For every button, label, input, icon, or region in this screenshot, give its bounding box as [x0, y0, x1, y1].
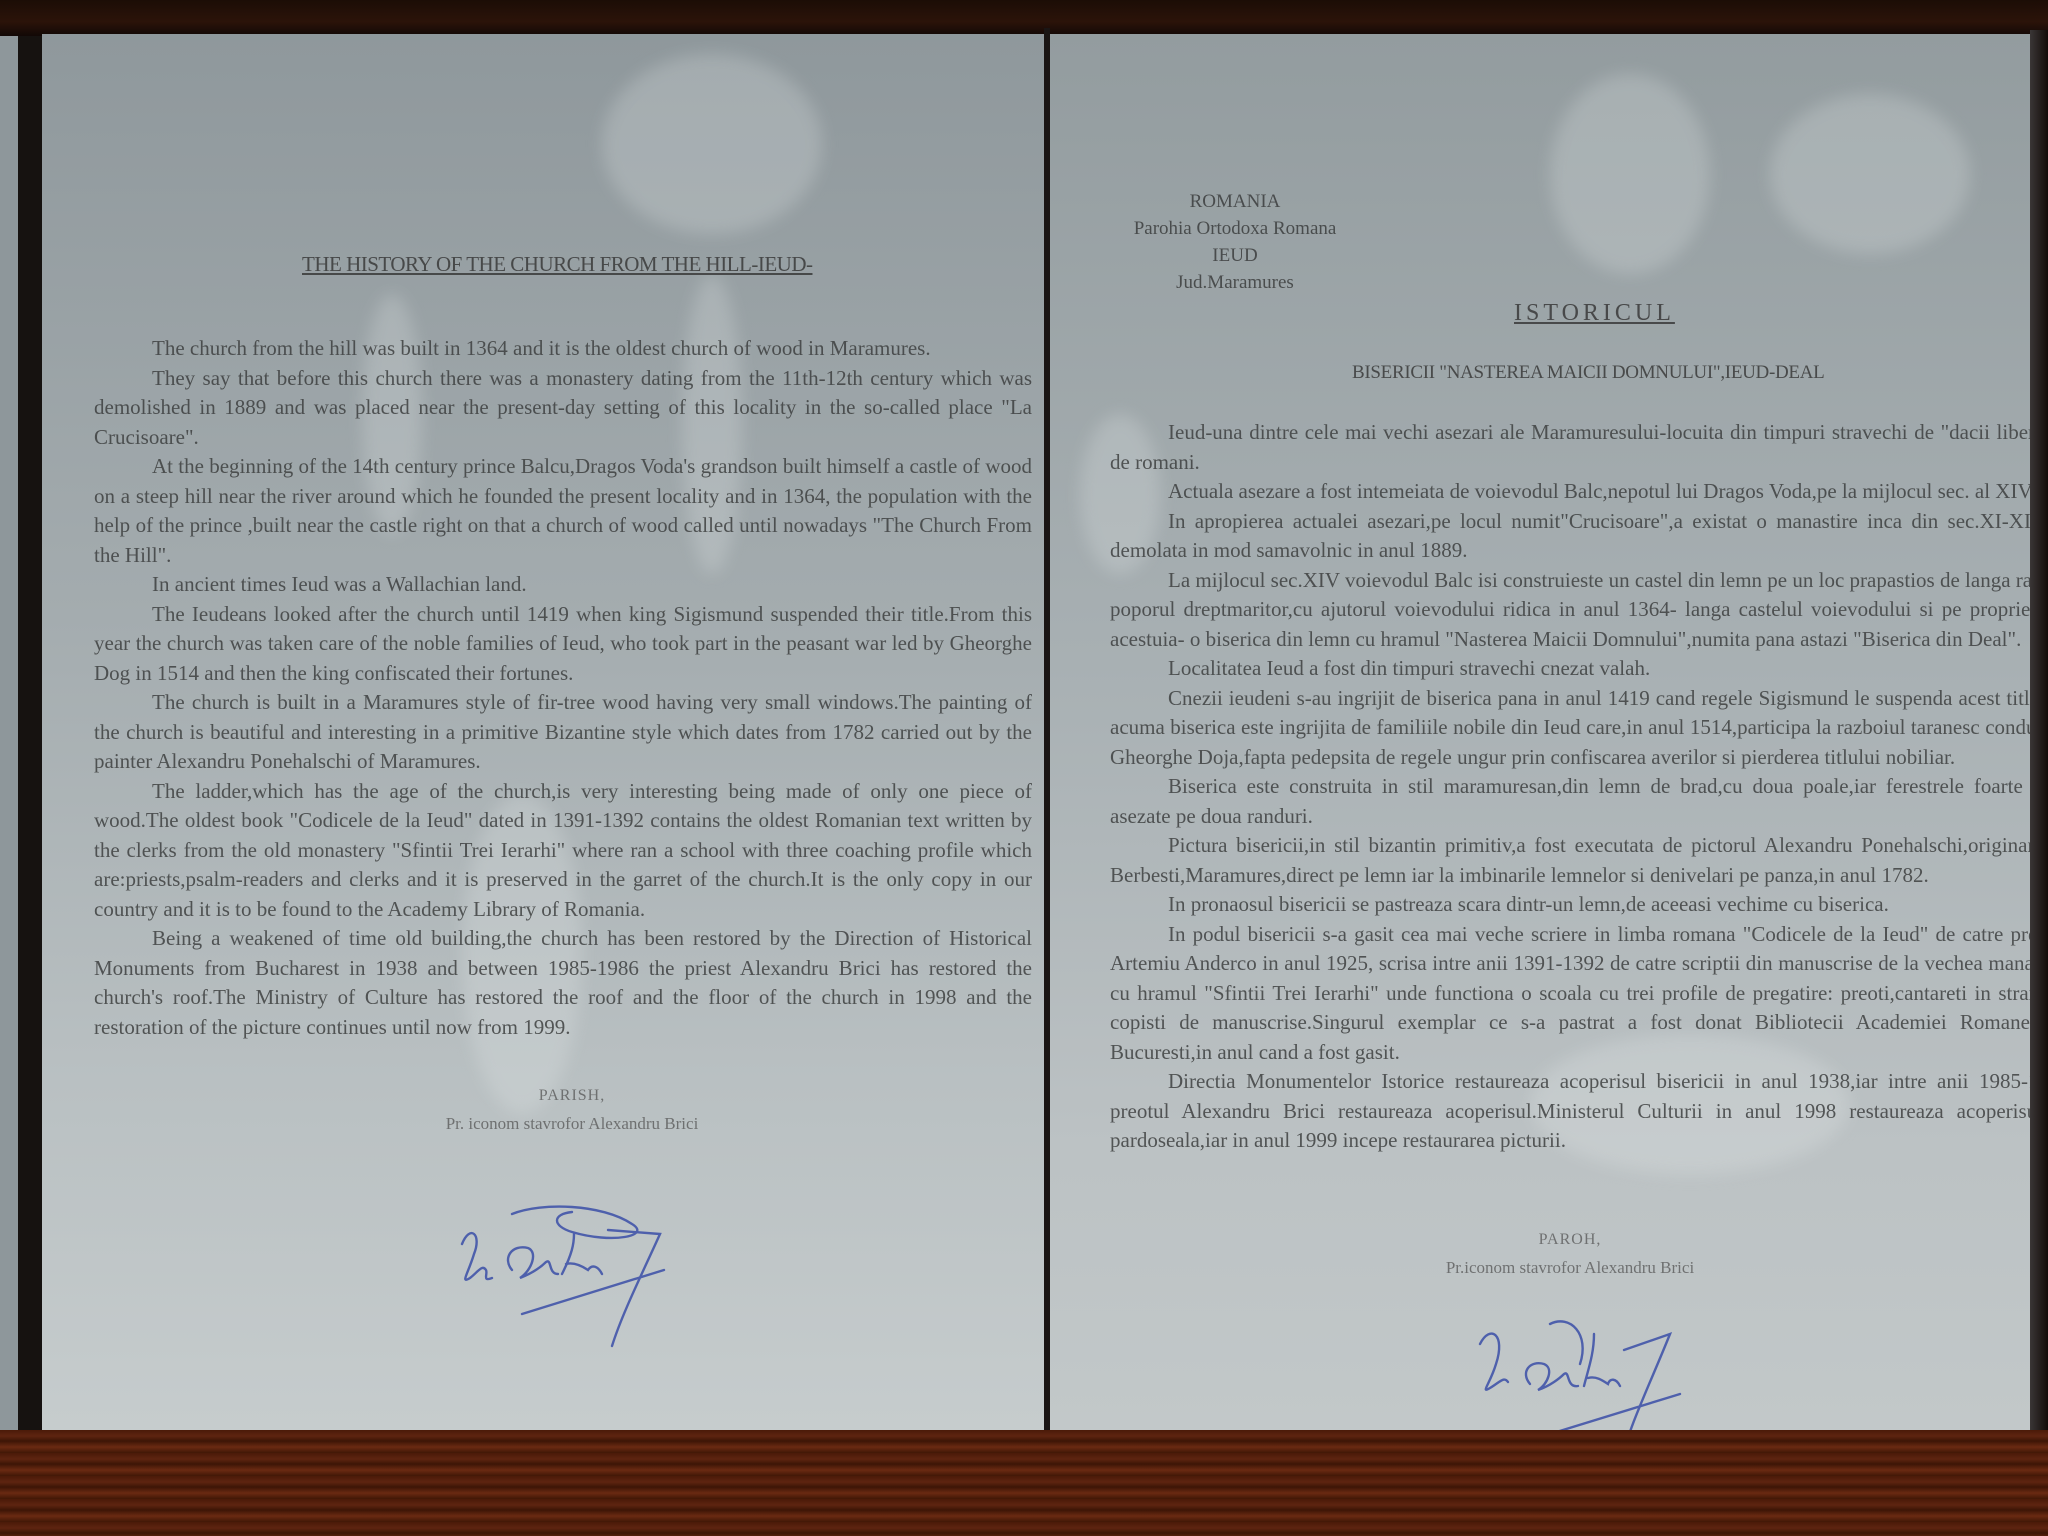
frame-left-glass: [0, 36, 20, 1430]
document-english: THE HISTORY OF THE CHURCH FROM THE HILL-…: [42, 34, 1044, 1430]
paragraph: At the beginning of the 14th century pri…: [94, 452, 1032, 570]
document-romanian: ROMANIA Parohia Ortodoxa Romana IEUD Jud…: [1050, 34, 2030, 1430]
paragraph: Directia Monumentelor Istorice restaurea…: [1110, 1067, 2030, 1156]
paragraph: Cnezii ieudeni s-au ingrijit de biserica…: [1110, 684, 2030, 773]
paragraph: Ieud-una dintre cele mai vechi asezari a…: [1110, 418, 2030, 477]
signature-icon: [1460, 1304, 1720, 1430]
document-title: ISTORICUL: [1514, 300, 1675, 327]
document-body: Ieud-una dintre cele mai vechi asezari a…: [1110, 418, 2030, 1156]
paragraph: They say that before this church there w…: [94, 364, 1032, 453]
signoff-label: PARISH,: [352, 1082, 792, 1110]
paragraph: Localitatea Ieud a fost din timpuri stra…: [1110, 654, 2030, 684]
paragraph: The church from the hill was built in 13…: [94, 334, 1032, 364]
paragraph: The Ieudeans looked after the church unt…: [94, 600, 1032, 689]
frame-top-rail: [0, 0, 2048, 36]
header-line: IEUD: [1090, 242, 1380, 269]
paragraph: In apropierea actualei asezari,pe locul …: [1110, 507, 2030, 566]
signoff-block: PARISH, Pr. iconom stavrofor Alexandru B…: [352, 1082, 792, 1138]
signoff-label: PAROH,: [1350, 1226, 1790, 1254]
paragraph: Biserica este construita in stil maramur…: [1110, 772, 2030, 831]
glass-reflection: [602, 54, 822, 234]
paragraph: In ancient times Ieud was a Wallachian l…: [94, 570, 1032, 600]
parish-header: ROMANIA Parohia Ortodoxa Romana IEUD Jud…: [1090, 188, 1380, 296]
paragraph: Being a weakened of time old building,th…: [94, 924, 1032, 1042]
header-line: Parohia Ortodoxa Romana: [1090, 215, 1380, 242]
header-line: ROMANIA: [1090, 188, 1380, 215]
frame-right-rail: [2030, 30, 2048, 1430]
document-subtitle: BISERICII "NASTEREA MAICII DOMNULUI",IEU…: [1352, 362, 1824, 384]
signoff-block: PAROH, Pr.iconom stavrofor Alexandru Bri…: [1350, 1226, 1790, 1282]
frame-left-bar: [18, 36, 42, 1430]
paragraph: The church is built in a Maramures style…: [94, 688, 1032, 777]
paragraph: Actuala asezare a fost intemeiata de voi…: [1110, 477, 2030, 507]
paragraph: In pronaosul bisericii se pastreaza scar…: [1110, 890, 2030, 920]
paragraph: In podul bisericii s-a gasit cea mai vec…: [1110, 920, 2030, 1068]
document-title: THE HISTORY OF THE CHURCH FROM THE HILL-…: [302, 252, 812, 277]
paragraph: The ladder,which has the age of the chur…: [94, 777, 1032, 925]
paragraph: Pictura bisericii,in stil bizantin primi…: [1110, 831, 2030, 890]
header-line: Jud.Maramures: [1090, 269, 1380, 296]
signoff-name: Pr.iconom stavrofor Alexandru Brici: [1350, 1254, 1790, 1282]
document-body: The church from the hill was built in 13…: [94, 334, 1032, 1042]
signoff-name: Pr. iconom stavrofor Alexandru Brici: [352, 1110, 792, 1138]
signature-icon: [442, 1174, 742, 1354]
paragraph: La mijlocul sec.XIV voievodul Balc isi c…: [1110, 566, 2030, 655]
glass-reflection: [1770, 94, 1970, 254]
frame-bottom-rail: [0, 1430, 2048, 1536]
glass-reflection: [1550, 74, 1710, 274]
